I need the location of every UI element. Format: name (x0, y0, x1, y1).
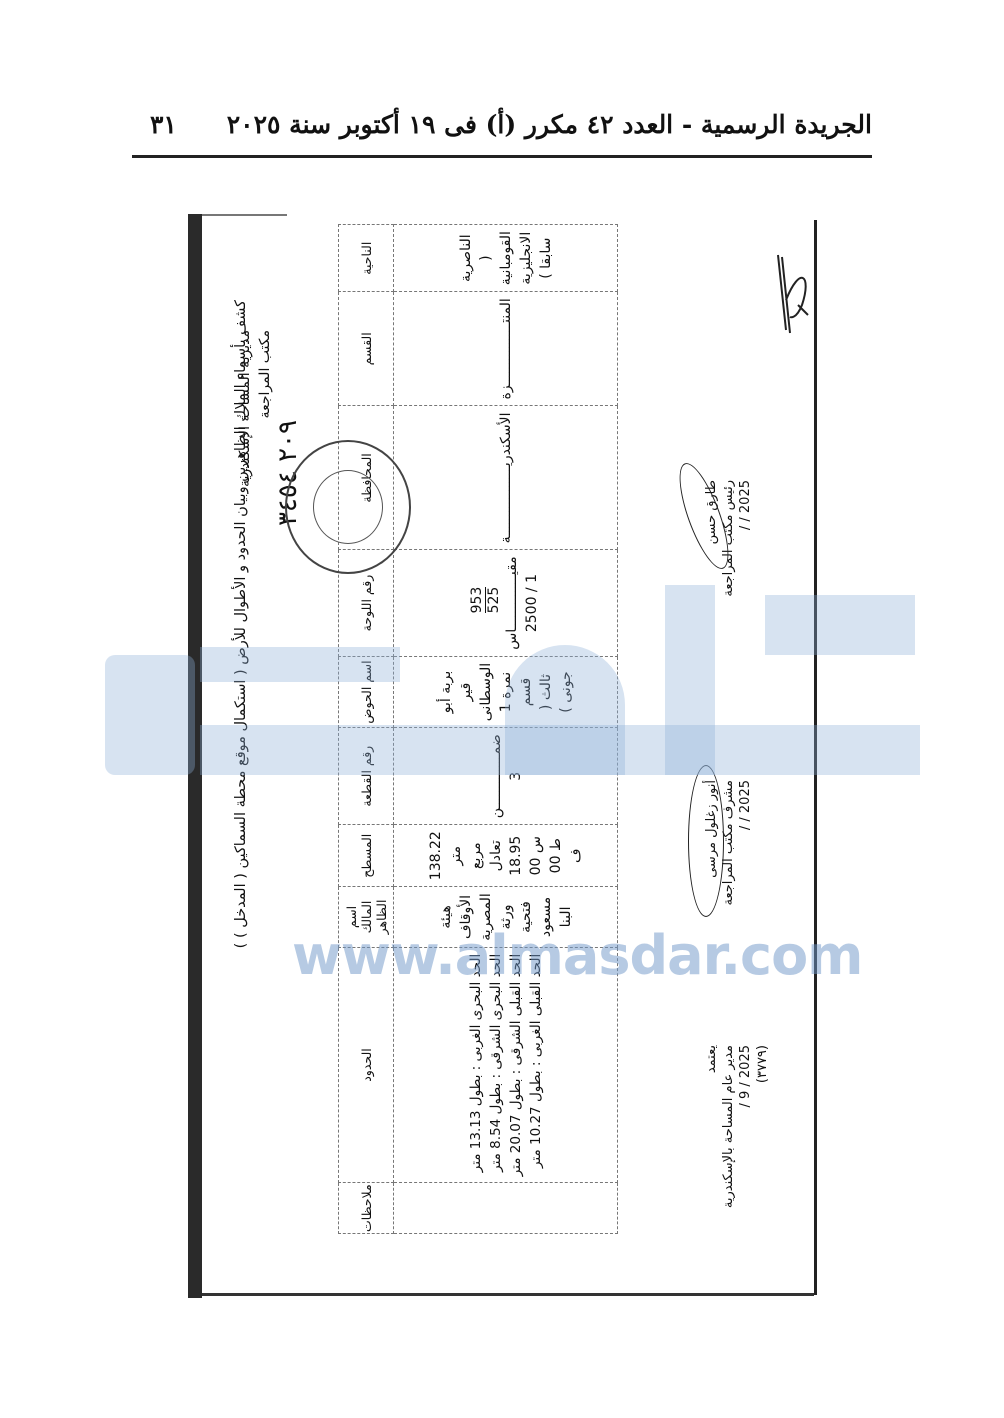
director-date: 2025 / 9 / (737, 1045, 754, 1208)
cell-notes (394, 1183, 618, 1234)
header-divider (132, 155, 872, 158)
cell-area: 138.22 متر مربع تعادل 18.95 س 00 ط 00 ف (394, 825, 618, 887)
cell-qism: المنتـــــــــــــــزة (394, 292, 618, 406)
nahia-name: الناصرية (456, 231, 476, 285)
stamp-code: (٣٧٧٩) (754, 1045, 771, 1208)
cell-nahia: الناصرية ( القومبانية الانجليزية سابقا ) (394, 225, 618, 292)
bound-south-east: الحد القبلى الشرقى : بطول 20.07 متر (506, 954, 526, 1177)
col-header-area: المسطح (339, 825, 394, 887)
col-header-notes: ملاحظات (339, 1183, 394, 1234)
director-approval: يعتمد (703, 1045, 720, 1208)
gazette-title: الجريدة الرسمية - العدد ٤٢ مكرر (أ) فى ١… (227, 110, 872, 139)
col-header-qism: القسم (339, 292, 394, 406)
supervisor-date: 2025 / / (737, 780, 754, 905)
area-feddan: 18.95 س 00 ط 00 ف (506, 831, 586, 880)
director-title: مدير عام المساحة بالإسكندرية (720, 1045, 737, 1208)
nahia-former-name: ( القومبانية الانجليزية سابقا ) (476, 231, 556, 285)
area-sqm: 138.22 متر مربع تعادل (426, 831, 506, 880)
watermark-logo-icon (105, 585, 935, 795)
page-header: الجريدة الرسمية - العدد ٤٢ مكرر (أ) فى ١… (132, 110, 872, 156)
bound-north-west: الحد البحرى الغربى : بطول 13.13 متر (466, 954, 486, 1177)
head-date: 2025 / / (737, 480, 754, 597)
scan-edge-top (202, 214, 287, 216)
bound-north-east: الحد البحرى الشرقى : بطول 8.54 متر (486, 954, 506, 1177)
watermark-url: www.almasdar.com (292, 924, 862, 987)
page-number: ٣١ (150, 110, 177, 139)
bound-south-west: الحد القبلى الغربى : بطول 10.27 متر (526, 954, 546, 1177)
signature-director: يعتمد مدير عام المساحة بالإسكندرية 2025 … (703, 1045, 771, 1208)
col-header-nahia: الناحية (339, 225, 394, 292)
scan-edge-bottom (202, 1293, 814, 1296)
cell-governorate: الأسكندريـــــــــــــــــة (394, 406, 618, 550)
official-seal-icon (285, 440, 411, 574)
